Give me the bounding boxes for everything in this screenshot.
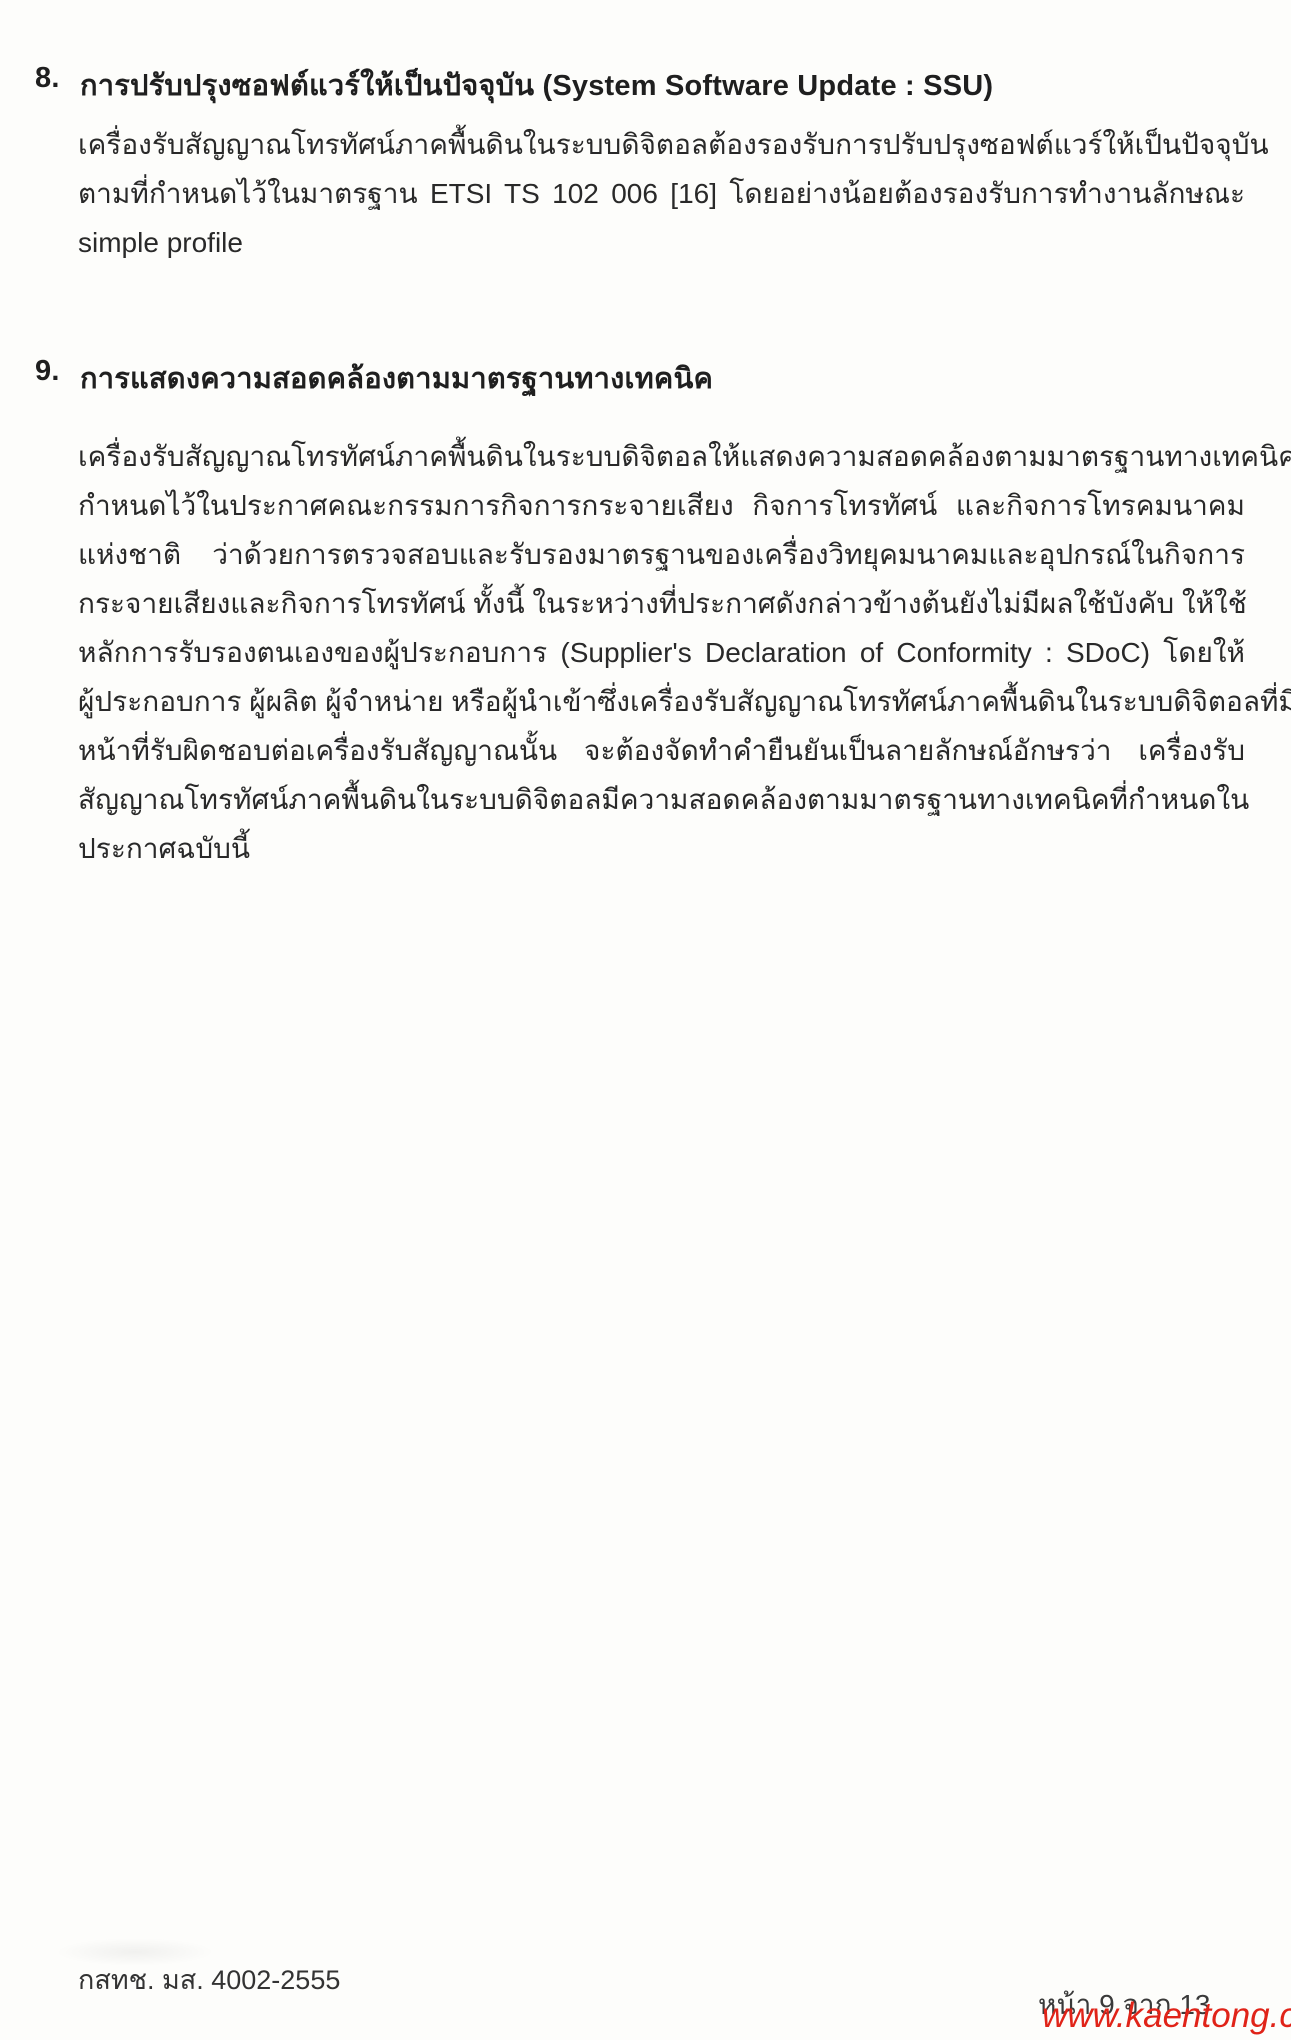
- paragraph-line: กระจายเสียงและกิจการโทรทัศน์ ทั้งนี้ ในร…: [78, 579, 1245, 628]
- paragraph-line: หลักการรับรองตนเองของผู้ประกอบการ (Suppl…: [78, 628, 1245, 677]
- section-8-heading: 8. การปรับปรุงซอฟต์แวร์ให้เป็นปัจจุบัน (…: [35, 62, 1250, 108]
- paragraph-line: เครื่องรับสัญญาณโทรทัศน์ภาคพื้นดินในระบบ…: [78, 432, 1245, 481]
- paragraph-line: เครื่องรับสัญญาณโทรทัศน์ภาคพื้นดินในระบบ…: [78, 120, 1245, 169]
- section-9-title: การแสดงความสอดคล้องตามมาตรฐานทางเทคนิค: [80, 355, 1250, 401]
- section-9-heading: 9. การแสดงความสอดคล้องตามมาตรฐานทางเทคนิ…: [35, 355, 1250, 401]
- section-8-paragraph: เครื่องรับสัญญาณโทรทัศน์ภาคพื้นดินในระบบ…: [78, 120, 1245, 267]
- paragraph-line: simple profile: [78, 218, 1245, 267]
- document-page: 8. การปรับปรุงซอฟต์แวร์ให้เป็นปัจจุบัน (…: [0, 0, 1291, 2040]
- paragraph-line: ผู้ประกอบการ ผู้ผลิต ผู้จำหน่าย หรือผู้น…: [78, 677, 1245, 726]
- paragraph-line: กำหนดไว้ในประกาศคณะกรรมการกิจการกระจายเส…: [78, 481, 1245, 530]
- section-9-number: 9.: [35, 355, 80, 401]
- footer-document-code: กสทช. มส. 4002-2555: [78, 1958, 340, 2001]
- section-8-title: การปรับปรุงซอฟต์แวร์ให้เป็นปัจจุบัน (Sys…: [80, 62, 1250, 108]
- paragraph-line: สัญญาณโทรทัศน์ภาคพื้นดินในระบบดิจิตอลมีค…: [78, 775, 1245, 824]
- paragraph-line: ตามที่กำหนดไว้ในมาตรฐาน ETSI TS 102 006 …: [78, 169, 1245, 218]
- paragraph-line: แห่งชาติ ว่าด้วยการตรวจสอบและรับรองมาตรฐ…: [78, 530, 1245, 579]
- paragraph-line: หน้าที่รับผิดชอบต่อเครื่องรับสัญญาณนั้น …: [78, 726, 1245, 775]
- watermark-text: www.kaentong.com: [1042, 1996, 1291, 2036]
- paragraph-line: ประกาศฉบับนี้: [78, 824, 1245, 873]
- section-8-number: 8.: [35, 62, 80, 108]
- section-9-paragraph: เครื่องรับสัญญาณโทรทัศน์ภาคพื้นดินในระบบ…: [78, 432, 1245, 873]
